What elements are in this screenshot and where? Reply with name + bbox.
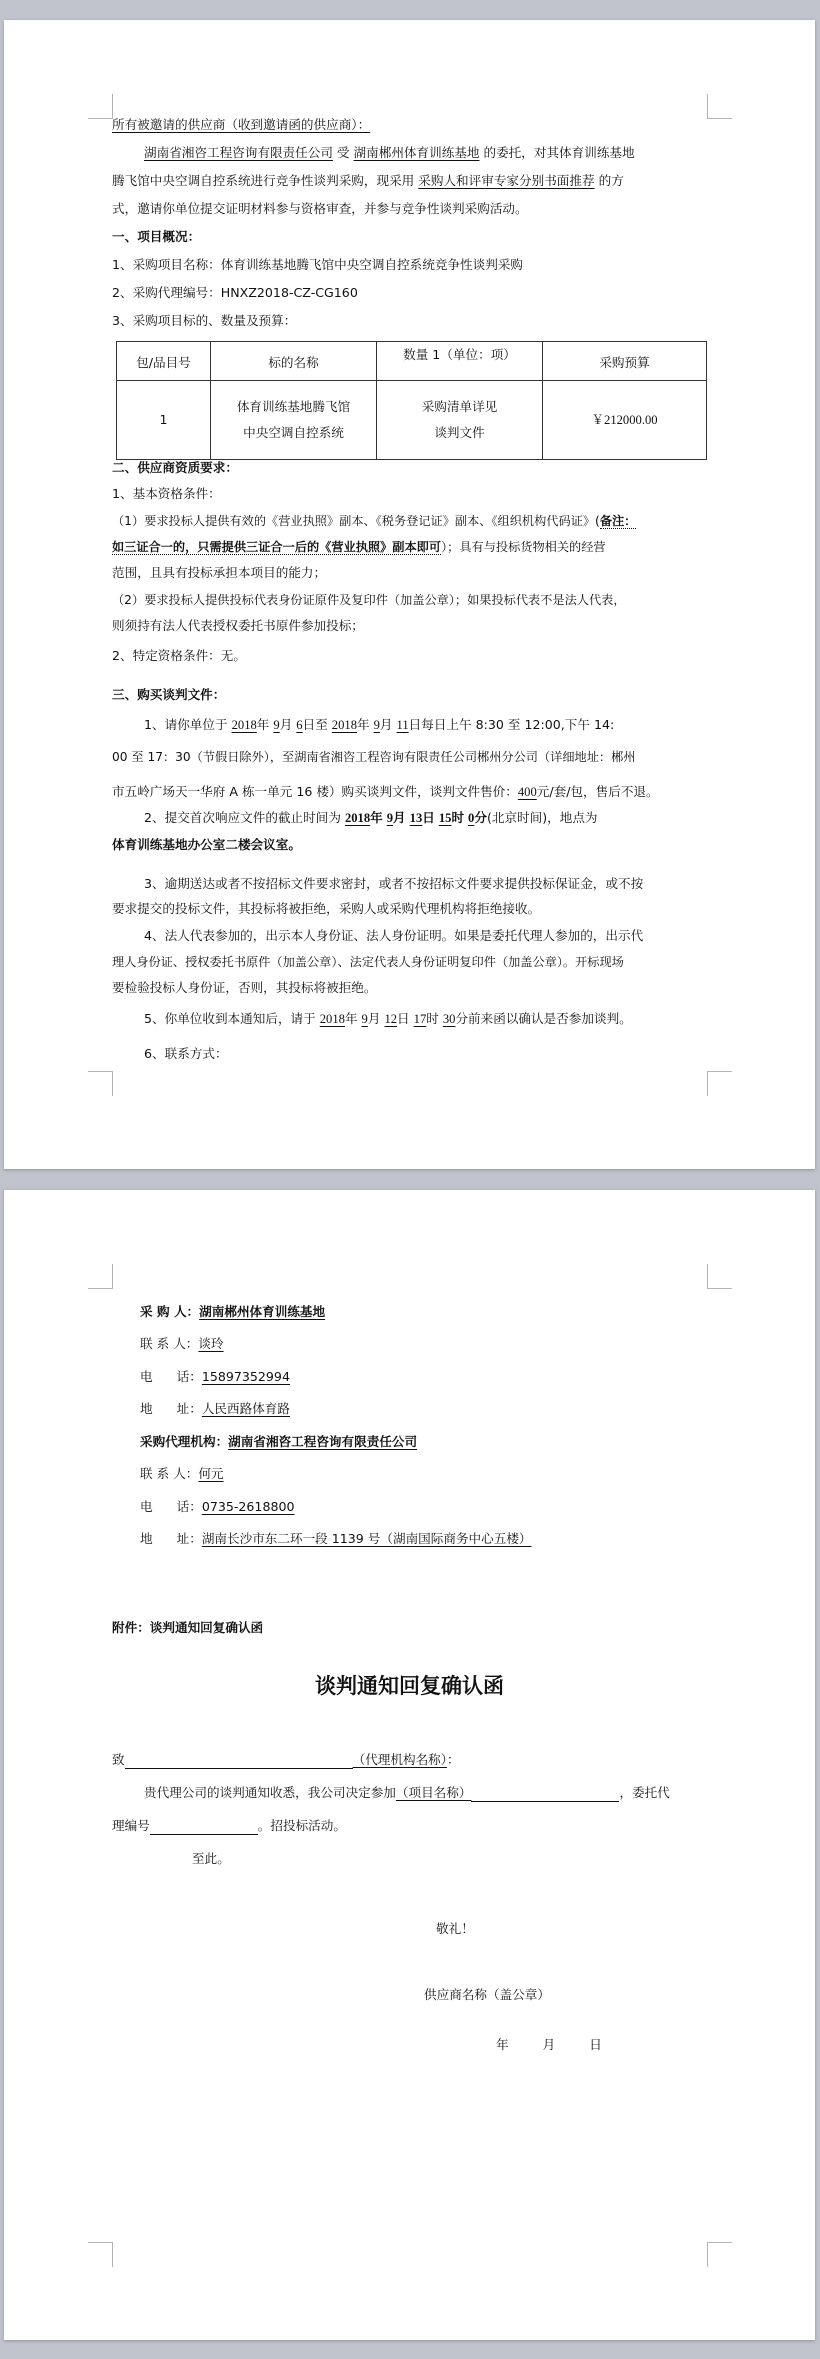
purchase-period-line-1: 1、请你单位于 2018年 9月 6日至 2018年 9月 11日每日上午 8:… <box>144 716 614 734</box>
intro-text: 的委托，对其体育训练基地 <box>483 145 634 160</box>
item-budget: ￥212000.00 <box>543 381 707 460</box>
contact-label: 地 址： <box>140 1531 202 1546</box>
project-code-line: 2、采购代理编号：HNXZ2018-CZ-CG160 <box>112 284 358 302</box>
requirement-2-line-2: 则须持有法人代表授权委托书原件参加投标； <box>112 617 364 635</box>
intro-text: 腾飞馆中央空调自控系统进行竞争性谈判采购，现采用 <box>112 173 414 188</box>
text: 分前来函以确认是否参加谈判。 <box>455 1011 631 1026</box>
project-name-blank[interactable] <box>471 1786 619 1802</box>
table-header: 标的名称 <box>211 342 377 381</box>
section-heading-qualifications: 二、供应商资质要求： <box>112 459 238 477</box>
confirm-year: 2018 <box>320 1012 345 1026</box>
start-year: 2018 <box>232 718 257 732</box>
margin-corner-mark <box>88 1264 113 1289</box>
requirement-1-line-1: （1）要求投标人提供有效的《营业执照》副本、《税务登记证》副本、《组织机构代码证… <box>112 512 636 530</box>
table-header-row: 包/品目号 标的名称 数量 1（单位：项） 采购预算 <box>117 342 707 381</box>
text: 理编号 <box>112 1818 150 1833</box>
document-page-2: 采 购 人：湖南郴州体育训练基地 联 系 人：谈玲 电 话：1589735299… <box>4 1190 815 2340</box>
intro-by: 受 <box>337 145 350 160</box>
intro-text: 的方 <box>599 173 624 188</box>
form-body-line-2: 理编号。招投标活动。 <box>112 1817 346 1835</box>
contact-purchaser: 采 购 人：湖南郴州体育训练基地 <box>140 1303 325 1321</box>
table-header: 数量 1（单位：项） <box>377 342 543 381</box>
deadline-day: 13 <box>410 811 423 825</box>
text: 5、你单位收到本通知后，请于 <box>144 1011 316 1026</box>
margin-corner-mark <box>707 94 732 119</box>
form-closing: 至此。 <box>192 1850 230 1868</box>
end-day: 11 <box>397 718 409 732</box>
budget-intro-line: 3、采购项目标的、数量及预算： <box>112 312 296 330</box>
end-year: 2018 <box>332 718 357 732</box>
identity-line-3: 要检验投标人身份证，否则，其投标将被拒绝。 <box>112 979 376 997</box>
requirement-note: 备注： <box>600 514 637 529</box>
margin-corner-mark <box>88 1071 113 1096</box>
deadline-line: 2、提交首次响应文件的截止时间为 2018年 9月 13日 15时 0分(北京时… <box>144 809 598 827</box>
text: ： <box>447 1752 460 1767</box>
table-header: 包/品目号 <box>117 342 211 381</box>
deadline-year: 2018 <box>345 811 370 825</box>
requirement-1-line-2: 如三证合一的，只需提供三证合一后的《营业执照》副本即可）；具有与投标货物相关的经… <box>112 538 606 556</box>
contact-heading: 6、联系方式： <box>144 1045 228 1063</box>
contact-value: 15897352994 <box>202 1369 290 1384</box>
form-regards: 敬礼！ <box>436 1920 474 1938</box>
confirm-month: 9 <box>362 1012 368 1026</box>
margin-corner-mark <box>707 1071 732 1096</box>
item-name-line: 中央空调自控系统 <box>211 420 376 446</box>
form-title: 谈判通知回复确认函 <box>4 1670 815 1700</box>
text: 日至 <box>303 717 328 732</box>
item-name-line: 体育训练基地腾飞馆 <box>211 394 376 420</box>
contact-label: 电 话： <box>140 1499 202 1514</box>
budget-table: 包/品目号 标的名称 数量 1（单位：项） 采购预算 1 体育训练基地腾飞馆 中… <box>116 341 707 460</box>
contact-agency-address: 地 址：湖南长沙市东二环一段 1139 号（湖南国际商务中心五楼） <box>140 1530 532 1548</box>
late-submission-line-1: 3、逾期送达或者不按招标文件要求密封，或者不按招标文件要求提供投标保证金，或不按 <box>144 875 643 893</box>
margin-corner-mark <box>88 2242 113 2267</box>
text: 日每日上午 8:30 至 12:00,下午 14: <box>409 717 615 732</box>
agency-name: 湖南省湘咨工程咨询有限责任公司 <box>144 145 333 160</box>
project-name-line: 1、采购项目名称：体育训练基地腾飞馆中央空调自控系统竞争性谈判采购 <box>112 256 523 274</box>
item-name: 体育训练基地腾飞馆 中央空调自控系统 <box>211 381 377 460</box>
requirement-note: 如三证合一的，只需提供三证合一后的《营业执照》副本即可 <box>112 540 441 555</box>
section-heading-overview: 一、项目概况： <box>112 228 200 246</box>
identity-line-1: 4、法人代表参加的，出示本人身份证、法人身份证明。如果是委托代理人参加的，出示代 <box>144 927 643 945</box>
deadline-hour: 15 <box>439 811 452 825</box>
document-price: 400 <box>518 785 537 799</box>
form-addressee-line: 致（代理机构名称）： <box>112 1751 460 1769</box>
intro-line-3: 式，邀请你单位提交证明材料参与资格审查，并参与竞争性谈判采购活动。 <box>112 200 528 218</box>
contact-purchaser-address: 地 址：人民西路体育路 <box>140 1400 290 1418</box>
margin-corner-mark <box>707 1264 732 1289</box>
contact-agency: 采购代理机构：湖南省湘咨工程咨询有限责任公司 <box>140 1433 417 1451</box>
confirm-hour: 17 <box>414 1012 427 1026</box>
end-month: 9 <box>374 718 380 732</box>
requirement-text: （1）要求投标人提供有效的《营业执照》副本、《税务登记证》副本、《组织机构代码证… <box>112 514 600 528</box>
margin-corner-mark <box>88 94 113 119</box>
confirm-day: 12 <box>384 1012 397 1026</box>
text: 致 <box>112 1752 125 1767</box>
intro-line-2: 腾飞馆中央空调自控系统进行竞争性谈判采购，现采用 采购人和评审专家分别书面推荐 … <box>112 172 624 190</box>
date-month: 月 <box>543 2037 556 2052</box>
contact-agency-phone: 电 话：0735-2618800 <box>140 1498 295 1516</box>
contact-value: 湖南长沙市东二环一段 1139 号（湖南国际商务中心五楼） <box>202 1531 532 1546</box>
purchase-period-line-2: 00 至 17：30（节假日除外），至湖南省湘咨工程咨询有限责任公司郴州分公司（… <box>112 748 635 766</box>
confirmation-deadline-line: 5、你单位收到本通知后，请于 2018年 9月 12日 17时 30分前来函以确… <box>144 1010 632 1028</box>
signature-date: 年 月 日 <box>496 2036 602 2054</box>
contact-purchaser-phone: 电 话：15897352994 <box>140 1368 290 1386</box>
project-name-hint: （项目名称） <box>396 1785 472 1800</box>
requirement-1-line-3: 范围，且具有投标承担本项目的能力； <box>112 564 326 582</box>
text: 。招投标活动。 <box>258 1818 346 1833</box>
requirement-2-line-1: （2）要求投标人提供投标代表身份证原件及复印件（加盖公章）；如果投标代表不是法人… <box>112 591 626 609</box>
special-qualifications: 2、特定资格条件：无。 <box>112 647 246 665</box>
purchase-period-line-3: 市五岭广场天一华府 A 栋一单元 16 楼）购买谈判文件，谈判文件售价：400元… <box>112 783 659 801</box>
text: (北京时间)，地点为 <box>487 810 598 825</box>
purchaser-name: 湖南郴州体育训练基地 <box>354 145 480 160</box>
confirm-minute: 30 <box>443 1012 456 1026</box>
contact-label: 联 系 人： <box>140 1336 198 1351</box>
agency-code-blank[interactable] <box>150 1819 258 1835</box>
package-number: 1 <box>117 381 211 460</box>
document-page-1: 所有被邀请的供应商（收到邀请函的供应商）： 湖南省湘咨工程咨询有限责任公司 受 … <box>4 20 815 1169</box>
date-year: 年 <box>496 2037 509 2052</box>
text: 元/套/包，售后不退。 <box>537 784 659 799</box>
item-quantity: 采购清单详见 谈判文件 <box>377 381 543 460</box>
agency-name-blank[interactable] <box>125 1753 353 1769</box>
basic-qualifications: 1、基本资格条件： <box>112 485 221 503</box>
salutation: 所有被邀请的供应商（收到邀请函的供应商）： <box>112 116 370 134</box>
contact-purchaser-person: 联 系 人：谈玲 <box>140 1335 224 1353</box>
contact-value: 湖南省湘咨工程咨询有限责任公司 <box>228 1434 417 1449</box>
contact-agency-person: 联 系 人：何元 <box>140 1465 224 1483</box>
text: 2、提交首次响应文件的截止时间为 <box>144 810 341 825</box>
contact-label: 采 购 人： <box>140 1304 199 1319</box>
contact-label: 地 址： <box>140 1401 202 1416</box>
text: 贵代理公司的谈判通知收悉，我公司决定参加 <box>144 1785 396 1800</box>
contact-value: 0735-2618800 <box>202 1499 295 1514</box>
requirement-text: ）；具有与投标货物相关的经营 <box>441 540 606 554</box>
margin-corner-mark <box>707 2242 732 2267</box>
contact-value: 何元 <box>198 1466 223 1481</box>
table-row: 1 体育训练基地腾飞馆 中央空调自控系统 采购清单详见 谈判文件 ￥212000… <box>117 381 707 460</box>
item-quantity-line: 谈判文件 <box>377 420 542 446</box>
form-body-line-1: 贵代理公司的谈判通知收悉，我公司决定参加（项目名称），委托代 <box>144 1784 670 1802</box>
contact-label: 采购代理机构： <box>140 1434 228 1449</box>
contact-label: 联 系 人： <box>140 1466 198 1481</box>
text: 市五岭广场天一华府 A 栋一单元 16 楼）购买谈判文件，谈判文件售价： <box>112 784 518 799</box>
start-month: 9 <box>273 718 279 732</box>
late-submission-line-2: 要求提交的投标文件，其投标将被拒绝，采购人或采购代理机构将拒绝接收。 <box>112 900 540 918</box>
deadline-location: 体育训练基地办公室二楼会议室。 <box>112 836 301 854</box>
intro-line-1: 湖南省湘咨工程咨询有限责任公司 受 湖南郴州体育训练基地 的委托，对其体育训练基… <box>144 144 635 162</box>
text: ，委托代 <box>619 1785 669 1800</box>
section-heading-purchase: 三、购买谈判文件： <box>112 686 225 704</box>
identity-line-2: 理人身份证、授权委托书原件（加盖公章）、法定代表人身份证明复印件（加盖公章）。开… <box>112 953 624 971</box>
supplier-signature: 供应商名称（盖公章） <box>424 1986 550 2004</box>
table-header: 采购预算 <box>543 342 707 381</box>
text: 1、请你单位于 <box>144 717 228 732</box>
contact-label: 电 话： <box>140 1369 202 1384</box>
contact-value: 人民西路体育路 <box>202 1401 290 1416</box>
contact-value: 湖南郴州体育训练基地 <box>199 1304 325 1319</box>
item-quantity-line: 采购清单详见 <box>377 394 542 420</box>
attachment-label: 附件：谈判通知回复确认函 <box>112 1619 263 1637</box>
date-day: 日 <box>589 2037 602 2052</box>
procurement-method: 采购人和评审专家分别书面推荐 <box>418 173 594 188</box>
contact-value: 谈玲 <box>198 1336 223 1351</box>
agency-name-hint: （代理机构名称） <box>353 1752 447 1767</box>
